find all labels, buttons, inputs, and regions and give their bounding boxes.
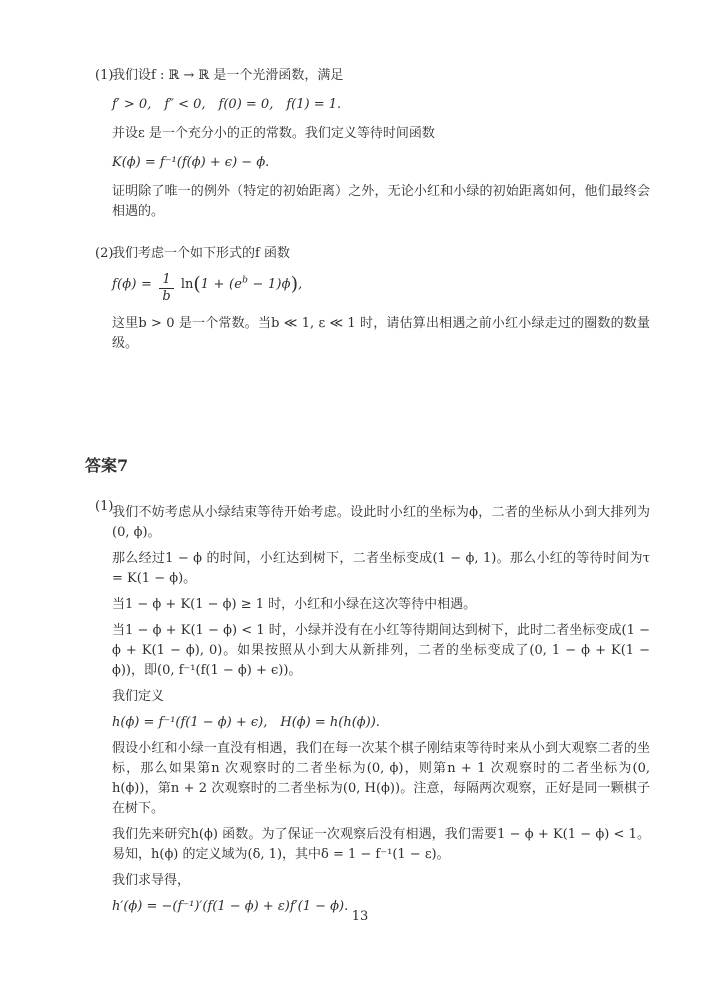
ln-function: ln bbox=[181, 277, 194, 292]
problem-1-prove-text: 证明除了唯一的例外（特定的初始距离）之外，无论小红和小绿的初始距离如何，他们最终… bbox=[112, 182, 650, 222]
fraction-numerator: 1 bbox=[159, 273, 173, 289]
answer-define-text: 我们定义 bbox=[112, 687, 650, 707]
close-paren: ) bbox=[291, 274, 298, 295]
f-formula-arg-pre: 1 + (e bbox=[201, 277, 242, 292]
fraction-one-over-b: 1b bbox=[159, 273, 173, 305]
problem-item-1: (1) 我们设f : ℝ → ℝ 是一个光滑函数，满足 f′ > 0, f″ <… bbox=[85, 66, 650, 231]
problem-item-2-label: (2) bbox=[85, 244, 112, 264]
answer-para-no-meet-case: 当1 − ϕ + K(1 − ϕ) < 1 时，小绿并没有在小红等待期间达到树下… bbox=[112, 621, 650, 681]
h-definition-formula: h(ϕ) = f⁻¹(f(1 − ϕ) + ϵ), H(ϕ) = h(h(ϕ))… bbox=[112, 713, 650, 733]
page-number: 13 bbox=[0, 907, 720, 927]
problem-1-epsilon-text: 并设ε 是一个充分小的正的常数。我们定义等待时间函数 bbox=[112, 124, 650, 144]
answer-derive-text: 我们求导得， bbox=[112, 871, 650, 891]
answer-para-setup: 我们不妨考虑从小绿结束等待开始考虑。设此时小红的坐标为ϕ，二者的坐标从小到大排列… bbox=[112, 503, 650, 543]
problem-1-intro: 我们设f : ℝ → ℝ 是一个光滑函数，满足 bbox=[112, 66, 650, 86]
problem-section: (1) 我们设f : ℝ → ℝ 是一个光滑函数，满足 f′ > 0, f″ <… bbox=[85, 66, 650, 363]
answer-item-1: (1) 我们不妨考虑从小绿结束等待开始考虑。设此时小红的坐标为ϕ，二者的坐标从小… bbox=[85, 497, 650, 923]
problem-item-2-body: 我们考虑一个如下形式的f 函数 f(ϕ) = 1b ln(1 + (eb − 1… bbox=[112, 244, 650, 363]
f-definition-formula: f(ϕ) = 1b ln(1 + (eb − 1)ϕ), bbox=[112, 273, 650, 305]
f-formula-lhs: f(ϕ) = bbox=[112, 277, 156, 292]
answer-para-domain: 我们先来研究h(ϕ) 函数。为了保证一次观察后没有相遇，我们需要1 − ϕ + … bbox=[112, 825, 650, 865]
problem-2-intro: 我们考虑一个如下形式的f 函数 bbox=[112, 244, 650, 264]
document-page: (1) 我们设f : ℝ → ℝ 是一个光滑函数，满足 f′ > 0, f″ <… bbox=[0, 0, 720, 997]
problem-item-1-body: 我们设f : ℝ → ℝ 是一个光滑函数，满足 f′ > 0, f″ < 0, … bbox=[112, 66, 650, 231]
answer-para-observation: 假设小红和小绿一直没有相遇，我们在每一次某个棋子刚结束等待时来从小到大观察二者的… bbox=[112, 739, 650, 819]
problem-2-tail-text: 这里b > 0 是一个常数。当b ≪ 1, ε ≪ 1 时，请估算出相遇之前小红… bbox=[112, 314, 650, 354]
fraction-denominator: b bbox=[159, 289, 173, 304]
f-formula-tail: , bbox=[298, 277, 302, 292]
answer-item-1-body: 我们不妨考虑从小绿结束等待开始考虑。设此时小红的坐标为ϕ，二者的坐标从小到大排列… bbox=[112, 497, 650, 923]
problem-item-1-label: (1) bbox=[85, 66, 112, 86]
problem-item-2: (2) 我们考虑一个如下形式的f 函数 f(ϕ) = 1b ln(1 + (eb… bbox=[85, 244, 650, 363]
wait-time-formula: K(ϕ) = f⁻¹(f(ϕ) + ϵ) − ϕ. bbox=[112, 153, 650, 173]
conditions-formula: f′ > 0, f″ < 0, f(0) = 0, f(1) = 1. bbox=[112, 95, 650, 115]
open-paren: ( bbox=[193, 274, 200, 295]
answer-section: (1) 我们不妨考虑从小绿结束等待开始考虑。设此时小红的坐标为ϕ，二者的坐标从小… bbox=[85, 497, 650, 923]
answer-para-arrival: 那么经过1 − ϕ 的时间，小红达到树下，二者坐标变成(1 − ϕ, 1)。那么… bbox=[112, 549, 650, 589]
f-formula-arg-post: − 1)ϕ bbox=[248, 277, 291, 292]
answer-heading: 答案7 bbox=[85, 455, 650, 477]
answer-para-meet-condition: 当1 − ϕ + K(1 − ϕ) ≥ 1 时，小红和小绿在这次等待中相遇。 bbox=[112, 595, 650, 615]
answer-item-1-label: (1) bbox=[85, 497, 112, 517]
